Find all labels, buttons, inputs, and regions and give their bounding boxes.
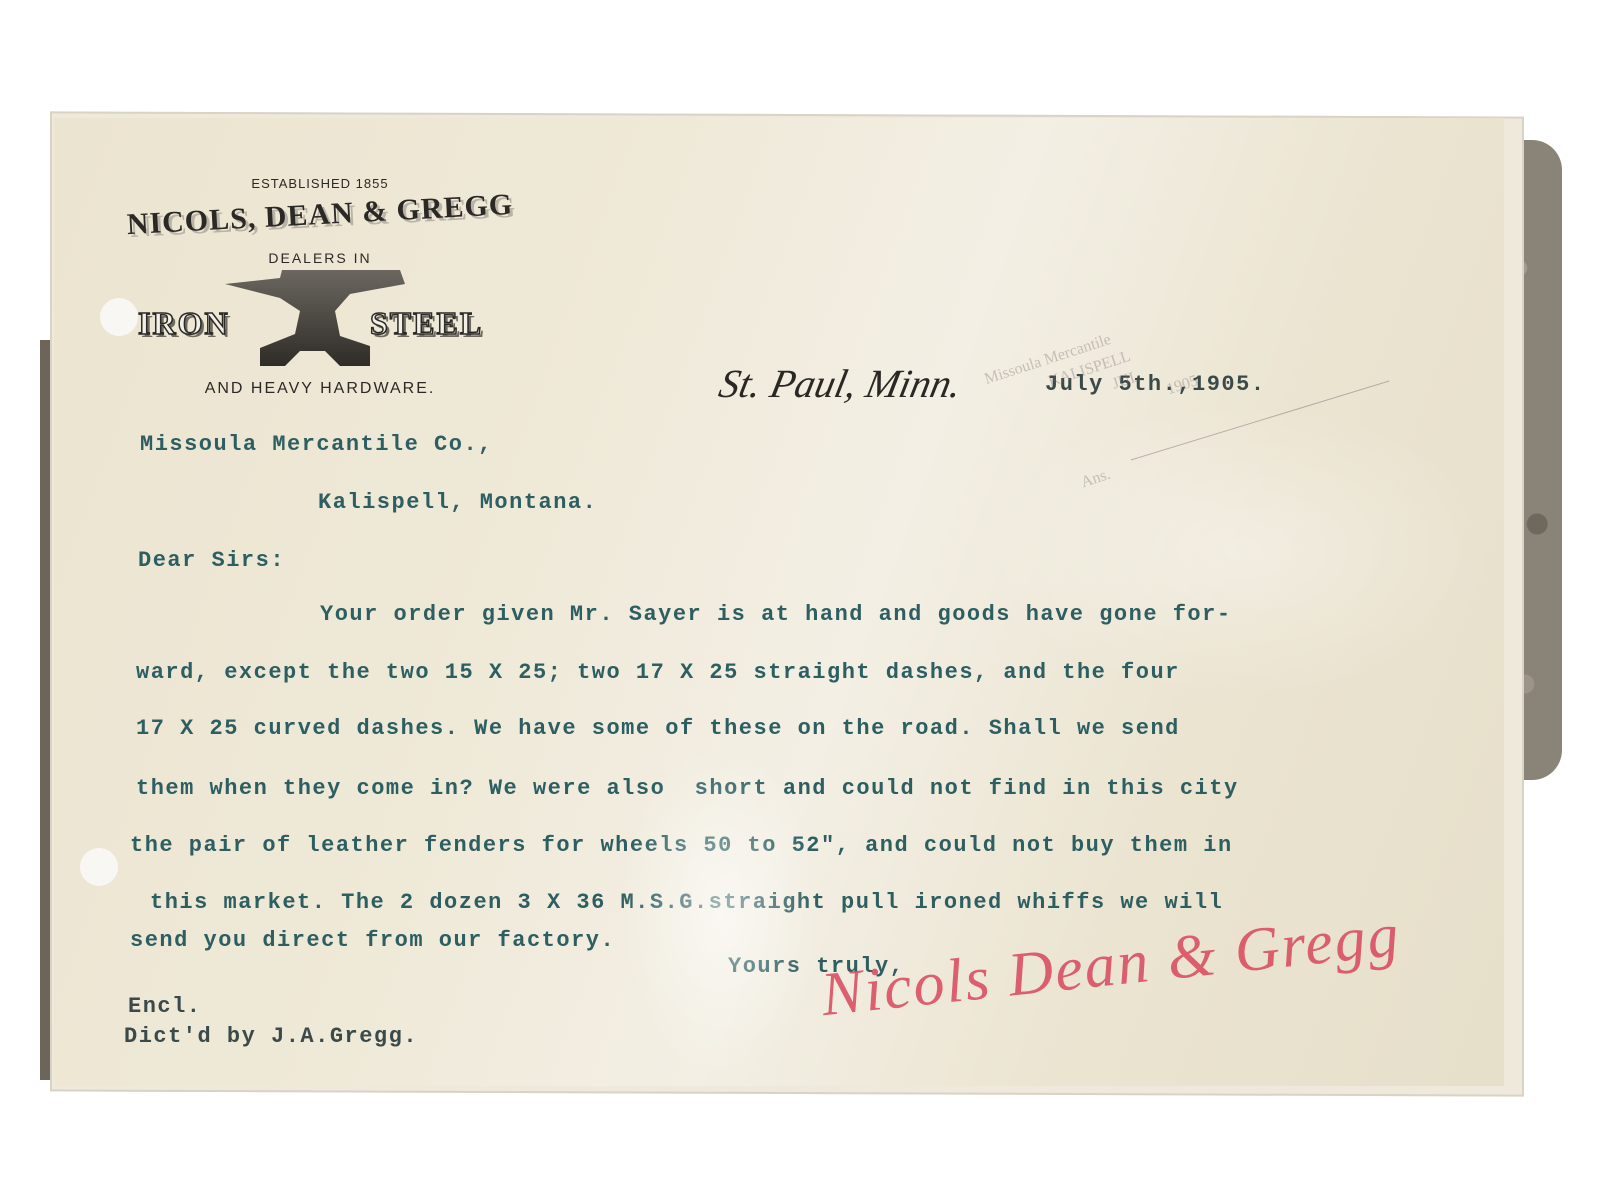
dateline-place: St. Paul, Minn. [715,360,966,407]
body-line: send you direct from our factory. [130,928,615,953]
recipient-name: Missoula Mercantile Co., [140,432,493,457]
tagline: AND HEAVY HARDWARE. [100,380,540,398]
punch-hole [80,848,118,886]
steel-word: STEEL [370,305,483,342]
established-line: ESTABLISHED 1855 [100,176,540,191]
body-line: Your order given Mr. Sayer is at hand an… [320,602,1232,627]
enclosure-note: Encl. [128,994,202,1019]
body-line: ward, except the two 15 X 25; two 17 X 2… [136,660,1180,685]
firm-name: NICOLS, DEAN & GREGG [99,187,540,244]
salutation: Dear Sirs: [138,548,285,573]
letterhead: ESTABLISHED 1855 NICOLS, DEAN & GREGG DE… [100,170,540,400]
body-line: 17 X 25 curved dashes. We have some of t… [136,716,1180,741]
sleeve-glare [620,740,820,1080]
dictated-by: Dict'd by J.A.Gregg. [124,1024,418,1049]
recipient-location: Kalispell, Montana. [318,490,597,515]
dealers-in-label: DEALERS IN [100,250,540,266]
iron-word: IRON [138,305,230,342]
